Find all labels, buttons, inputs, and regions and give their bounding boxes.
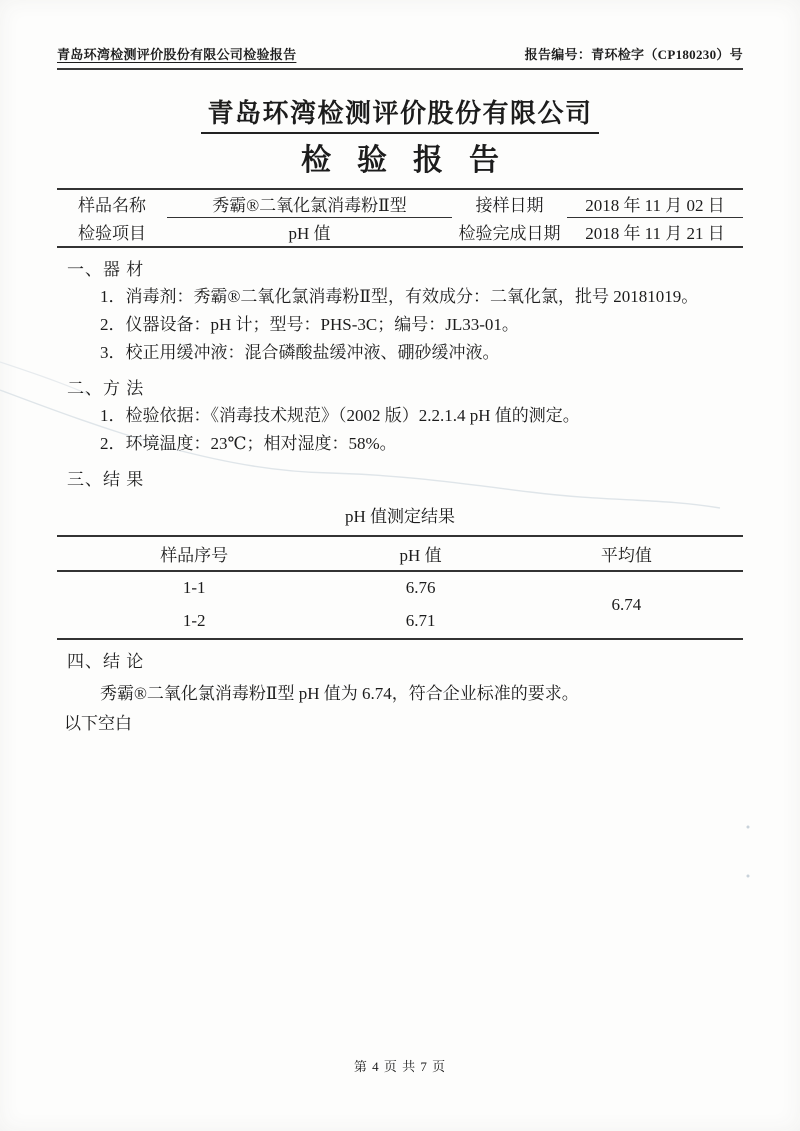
list-item: 1．检验依据：《消毒技术规范》（2002 版）2.2.1.4 pH 值的测定。 <box>57 402 743 430</box>
result-table-header: 样品序号 pH 值 平均值 <box>57 537 743 572</box>
section-heading: 四、结 论 <box>57 649 743 675</box>
company-title: 青岛环湾检测评价股份有限公司 <box>57 93 743 134</box>
section-materials: 一、器 材 1．消毒剂：秀霸®二氧化氯消毒粉Ⅱ型，有效成分：二氧化氯，批号 20… <box>57 257 743 367</box>
completion-date-value: 2018 年 11 月 21 日 <box>567 218 743 246</box>
report-page: 青岛环湾检测评价股份有限公司检验报告 报告编号：青环检字（CP180230）号 … <box>0 0 800 1131</box>
result-table-title: pH 值测定结果 <box>57 504 743 530</box>
table-cell-sample-1-2: 1-2 <box>57 605 331 638</box>
table-cell-ph-1-2: 6.71 <box>331 605 509 638</box>
blank-below-note: 以下空白 <box>57 710 743 738</box>
page-content: 青岛环湾检测评价股份有限公司检验报告 报告编号：青环检字（CP180230）号 … <box>0 0 800 738</box>
sample-name-value: 秀霸®二氧化氯消毒粉Ⅱ型 <box>167 190 452 218</box>
table-row: 检验项目 pH 值 检验完成日期 2018 年 11 月 21 日 <box>57 218 743 246</box>
column-header-sample-no: 样品序号 <box>57 537 331 570</box>
list-item: 2．仪器设备：pH 计；型号：PHS-3C；编号：JL33-01。 <box>57 311 743 339</box>
list-item: 2．环境温度：23℃；相对湿度：58%。 <box>57 430 743 458</box>
conclusion-text: 秀霸®二氧化氯消毒粉Ⅱ型 pH 值为 6.74，符合企业标准的要求。 <box>57 680 743 708</box>
sample-info-table: 样品名称 秀霸®二氧化氯消毒粉Ⅱ型 接样日期 2018 年 11 月 02 日 … <box>57 188 743 248</box>
table-cell-sample-1-1: 1-1 <box>57 572 331 605</box>
company-title-text: 青岛环湾检测评价股份有限公司 <box>201 93 598 134</box>
column-header-ph: pH 值 <box>331 537 509 570</box>
table-cell-average: 6.74 <box>510 572 743 638</box>
result-table-body: 1-1 6.76 1-2 6.71 6.74 <box>57 572 743 640</box>
scan-speck <box>747 826 750 829</box>
test-item-value: pH 值 <box>167 218 452 246</box>
completion-date-label: 检验完成日期 <box>452 218 567 246</box>
sample-name-label: 样品名称 <box>57 190 167 218</box>
section-results: 三、结 果 <box>57 467 743 493</box>
section-heading: 二、方 法 <box>57 376 743 402</box>
section-heading: 一、器 材 <box>57 257 743 283</box>
section-heading: 三、结 果 <box>57 467 743 493</box>
sampling-date-label: 接样日期 <box>452 190 567 218</box>
report-title: 检验报告 <box>57 141 743 182</box>
list-item: 3．校正用缓冲液：混合磷酸盐缓冲液、硼砂缓冲液。 <box>57 339 743 367</box>
sampling-date-value: 2018 年 11 月 02 日 <box>567 190 743 218</box>
test-item-label: 检验项目 <box>57 218 167 246</box>
page-header-left: 青岛环湾检测评价股份有限公司检验报告 <box>57 44 296 63</box>
section-method: 二、方 法 1．检验依据：《消毒技术规范》（2002 版）2.2.1.4 pH … <box>57 376 743 458</box>
table-cell-ph-1-1: 6.76 <box>331 572 509 605</box>
scan-speck <box>747 875 750 878</box>
result-table: 样品序号 pH 值 平均值 1-1 6.76 1-2 6.71 6.74 <box>57 535 743 640</box>
page-footer: 第 4 页 共 7 页 <box>0 1056 800 1075</box>
list-item: 1．消毒剂：秀霸®二氧化氯消毒粉Ⅱ型，有效成分：二氧化氯，批号 20181019… <box>57 283 743 311</box>
table-row: 样品名称 秀霸®二氧化氯消毒粉Ⅱ型 接样日期 2018 年 11 月 02 日 <box>57 190 743 218</box>
page-header-right-report-number: 报告编号：青环检字（CP180230）号 <box>525 44 743 63</box>
section-conclusion: 四、结 论 秀霸®二氧化氯消毒粉Ⅱ型 pH 值为 6.74，符合企业标准的要求。… <box>57 649 743 738</box>
page-header: 青岛环湾检测评价股份有限公司检验报告 报告编号：青环检字（CP180230）号 <box>57 44 743 70</box>
column-header-average: 平均值 <box>510 537 743 570</box>
